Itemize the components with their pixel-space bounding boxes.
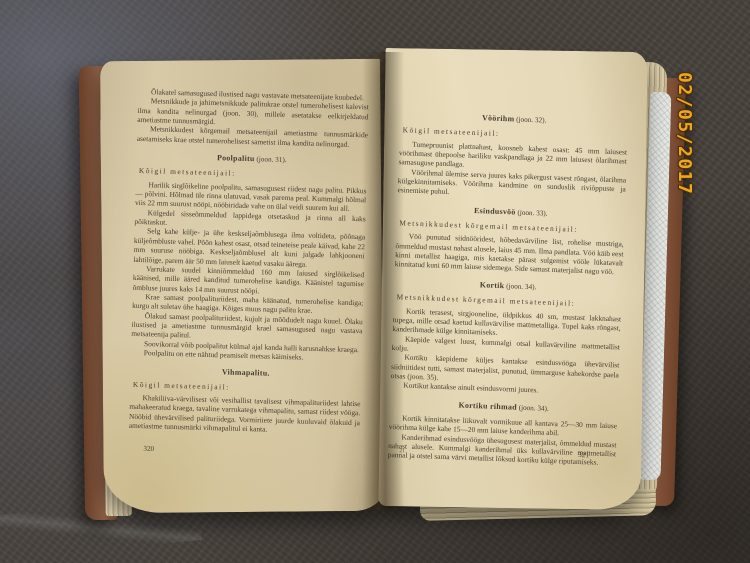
- left-page: Õlakatel samasugused ilustised nagu vast…: [100, 59, 384, 513]
- right-page-text: Vöörihm (joon. 32).Kõigil metsateenijail…: [388, 102, 629, 468]
- page-number-left: 320: [143, 445, 154, 453]
- paragraph: Selg kahe külje- ja ühe keskseljaõmbluse…: [133, 226, 365, 270]
- heading-title: Poolpalitu: [217, 153, 255, 163]
- paragraph: Khakiliiva-värvilisest või vesihallist t…: [129, 393, 361, 437]
- signature-mark: 21: [399, 448, 405, 454]
- left-page-text: Õlakatel samasugused ilustised nagu vast…: [129, 87, 369, 437]
- page-number-right: 321: [578, 451, 589, 459]
- heading-title: Kortiku rihmad: [458, 400, 517, 411]
- heading-title: Esindusvöö: [474, 206, 516, 217]
- heading-figure-ref: (joon. 33).: [515, 208, 547, 217]
- date-stamp: 02/05/2017: [674, 72, 695, 195]
- heading-figure-ref: (joon. 34).: [517, 403, 549, 412]
- heading-title: Vihmapalitu.: [222, 368, 270, 378]
- heading-figure-ref: (joon. 32).: [514, 115, 546, 124]
- right-page: Vöörihm (joon. 32).Kõigil metsateenijail…: [378, 48, 647, 510]
- section-heading: Poolpalitu (joon. 31).: [136, 151, 367, 168]
- heading-title: Vöörihm: [482, 113, 515, 123]
- heading-figure-ref: (joon. 31).: [255, 155, 287, 164]
- heading-title: Kortik: [480, 280, 505, 290]
- photo-of-open-book: Õlakatel samasugused ilustised nagu vast…: [0, 0, 750, 563]
- section-heading: Vihmapalitu.: [130, 365, 361, 381]
- heading-figure-ref: (joon. 34).: [504, 282, 536, 291]
- paragraph: Vöö punutud siidnööridest, hõbedavärvili…: [395, 232, 624, 278]
